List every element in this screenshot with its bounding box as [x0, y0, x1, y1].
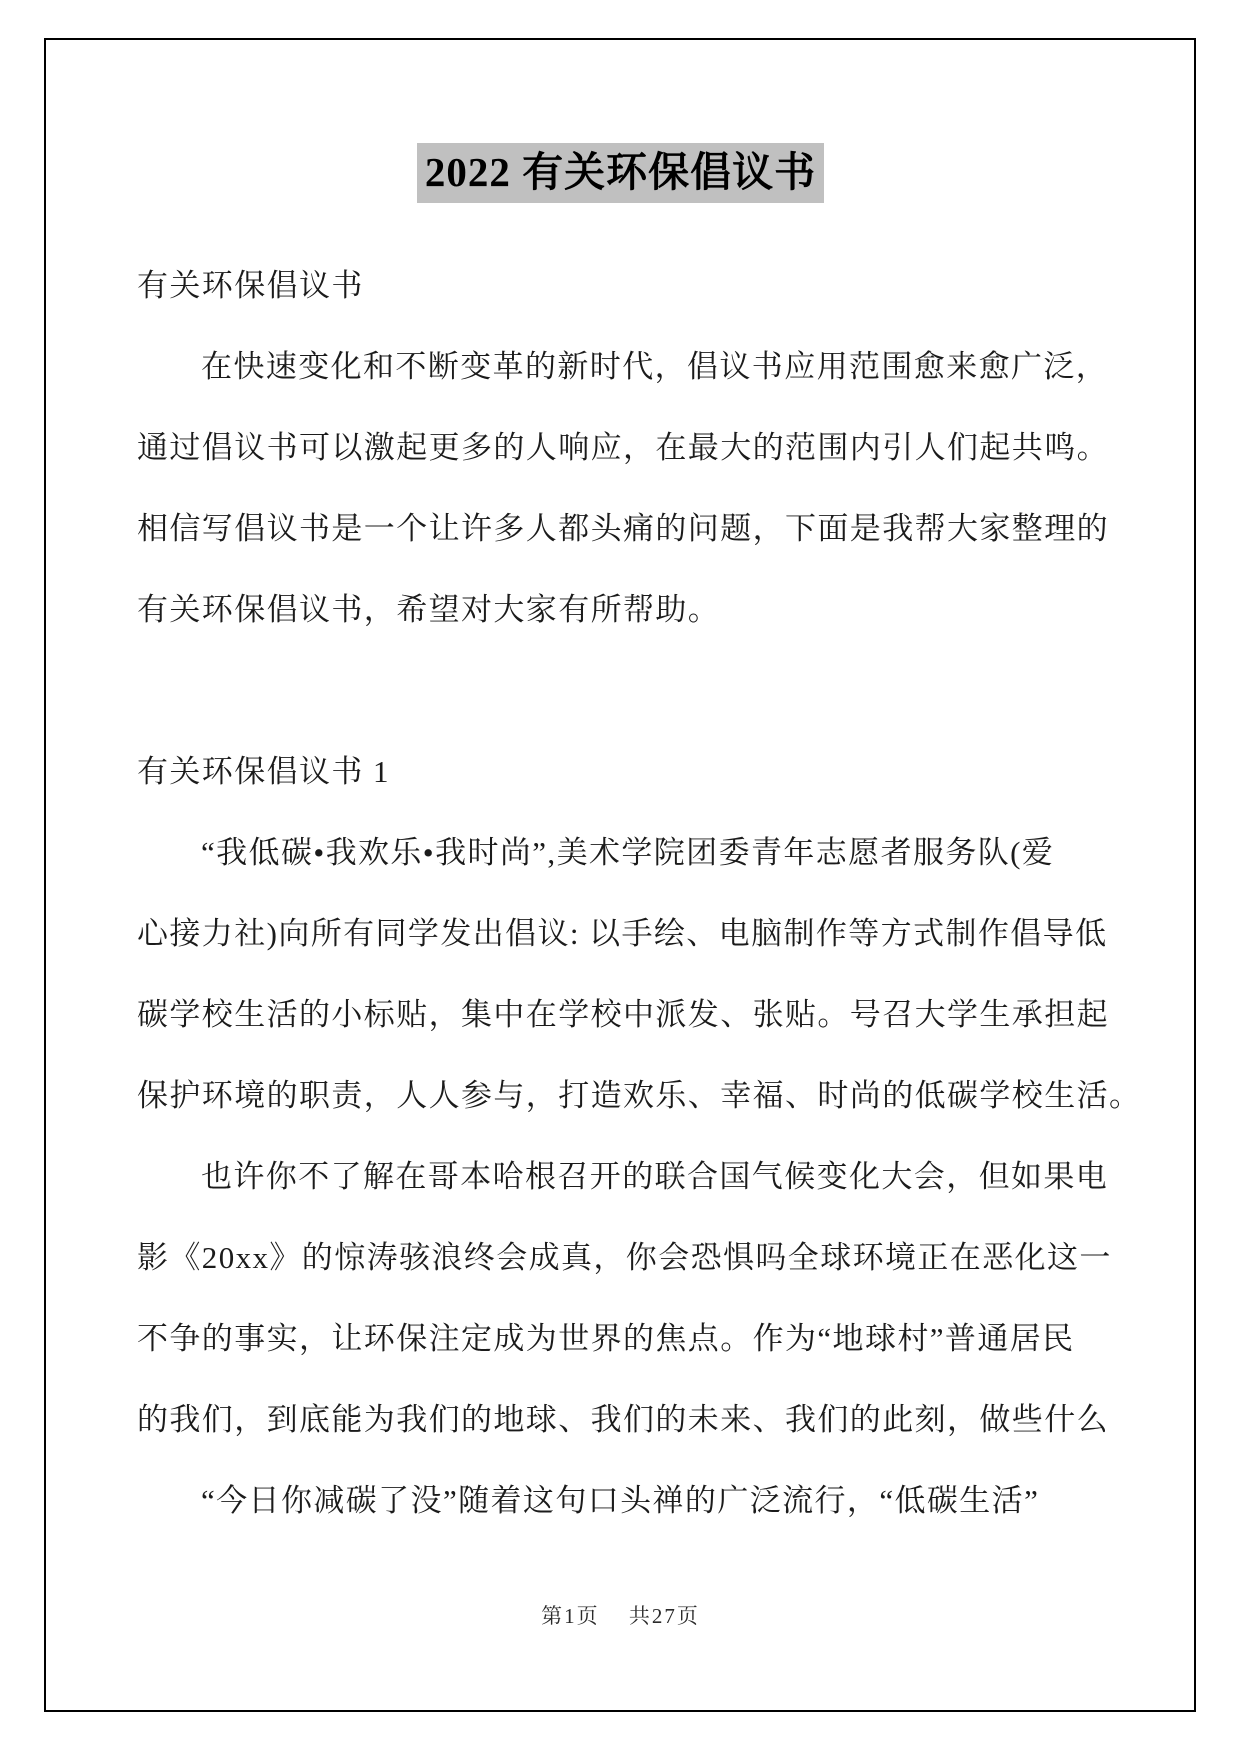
footer-page-number: 第1页 [541, 1604, 600, 1628]
body-line: 不争的事实，让环保注定成为世界的焦点。作为“地球村”普通居民 [137, 1298, 1105, 1379]
page-footer: 第1页 共27页 [0, 1600, 1241, 1630]
body-line: 碳学校生活的小标贴，集中在学校中派发、张贴。号召大学生承担起 [137, 974, 1105, 1055]
body-line: 通过倡议书可以激起更多的人响应，在最大的范围内引人们起共鸣。 [137, 407, 1105, 488]
footer-total-pages: 共27页 [629, 1604, 700, 1628]
document-page: 2022 有关环保倡议书 有关环保倡议书 在快速变化和不断变革的新时代，倡议书应… [0, 0, 1241, 1754]
body-line: 心接力社)向所有同学发出倡议: 以手绘、电脑制作等方式制作倡导低 [137, 893, 1105, 974]
body-line: 相信写倡议书是一个让许多人都头痛的问题，下面是我帮大家整理的 [137, 488, 1105, 569]
body-line: “我低碳•我欢乐•我时尚”,美术学院团委青年志愿者服务队(爱 [137, 812, 1105, 893]
body-line: 在快速变化和不断变革的新时代，倡议书应用范围愈来愈广泛， [137, 326, 1105, 407]
body-line: 影《20xx》的惊涛骇浪终会成真，你会恐惧吗全球环境正在恶化这一 [137, 1217, 1105, 1298]
title-highlight: 2022 有关环保倡议书 [417, 143, 824, 203]
document-body: 有关环保倡议书 在快速变化和不断变革的新时代，倡议书应用范围愈来愈广泛， 通过倡… [137, 245, 1105, 1541]
body-line-blank [137, 650, 1105, 731]
body-line: 也许你不了解在哥本哈根召开的联合国气候变化大会，但如果电 [137, 1136, 1105, 1217]
body-line: 保护环境的职责，人人参与，打造欢乐、幸福、时尚的低碳学校生活。 [137, 1055, 1105, 1136]
body-line: 有关环保倡议书 [137, 245, 1105, 326]
document-title: 2022 有关环保倡议书 [0, 140, 1241, 204]
body-line: 有关环保倡议书 1 [137, 731, 1105, 812]
body-line: 的我们，到底能为我们的地球、我们的未来、我们的此刻，做些什么 [137, 1379, 1105, 1460]
body-line: “今日你减碳了没”随着这句口头禅的广泛流行，“低碳生活” [137, 1460, 1105, 1541]
body-line: 有关环保倡议书，希望对大家有所帮助。 [137, 569, 1105, 650]
